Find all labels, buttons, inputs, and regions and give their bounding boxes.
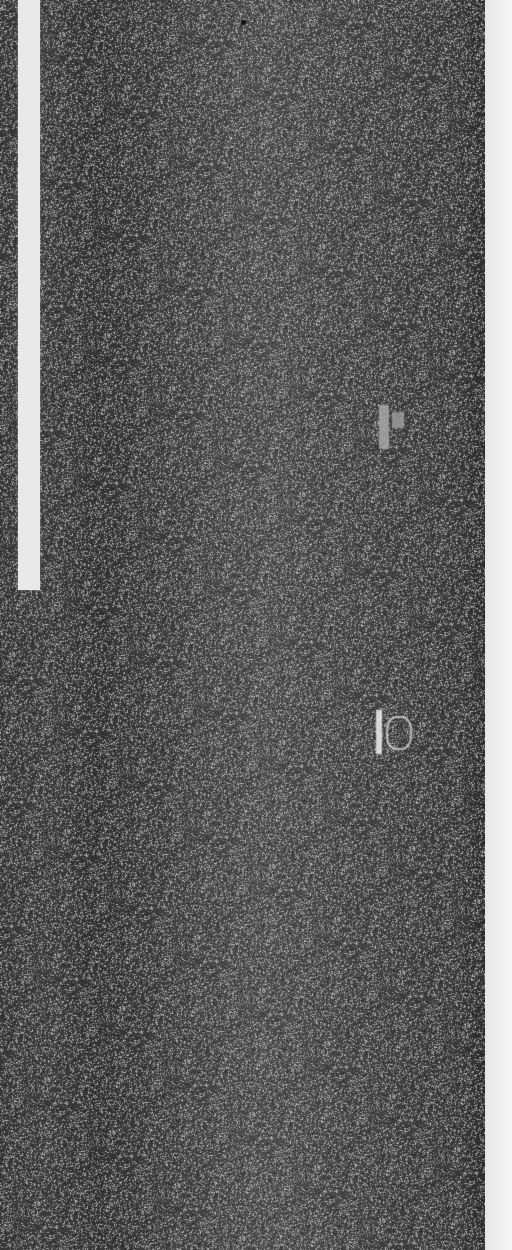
light-right-strip: [485, 0, 512, 1250]
light-mark-lower: [376, 710, 382, 754]
noise-texture: [0, 0, 485, 1250]
dark-speckled-field: [0, 0, 485, 1250]
light-mark-lower-ring: [386, 716, 412, 750]
faint-mark-upper-side: [392, 412, 404, 428]
vertical-white-bar: [18, 0, 40, 590]
faint-mark-upper: [379, 405, 389, 449]
dark-speck: [241, 20, 246, 25]
